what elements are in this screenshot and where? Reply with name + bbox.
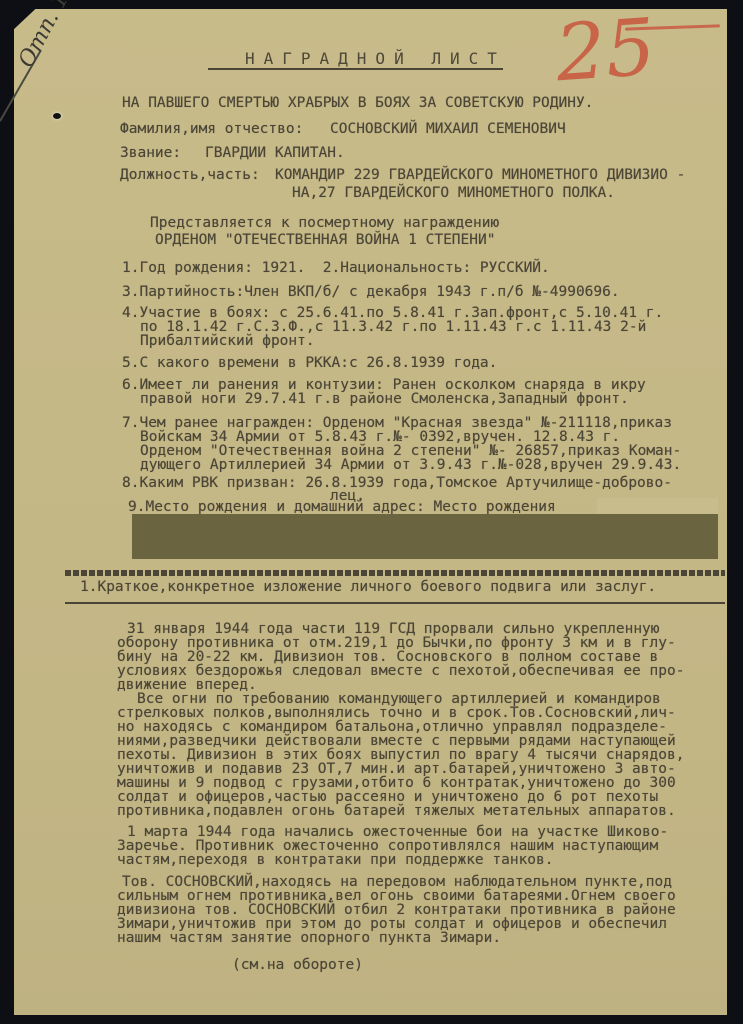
- item-5: 5.С какого времени в РККА:с 26.8.1939 го…: [122, 356, 497, 371]
- position-label: Должность,часть:: [120, 168, 260, 183]
- rank-label: Звание:: [120, 146, 181, 161]
- item-1-2: 1.Год рождения: 1921. 2.Национальность: …: [122, 261, 550, 276]
- item-8-line1: 8.Каким РВК призван: 26.8.1939 года,Томс…: [122, 476, 672, 491]
- nomination-line1: Представляется к посмертному награждению: [150, 216, 499, 231]
- punch-hole: [53, 113, 61, 119]
- red-number-stamp: 25: [553, 3, 658, 100]
- title-underline: [208, 68, 503, 70]
- body-line: частям,переходя в контратаки при поддерж…: [117, 853, 554, 868]
- position-value-line1: КОМАНДИР 229 ГВАРДЕЙСКОГО МИНОМЕТНОГО ДИ…: [275, 168, 685, 183]
- name-label: Фамилия,имя отчество:: [120, 122, 303, 137]
- section-heading: 1.Краткое,конкретное изложение личного б…: [80, 580, 656, 595]
- item-3: 3.Партийность:Член ВКП/б/ с декабря 1943…: [122, 285, 620, 300]
- item-6-line2: правой ноги 29.7.41 г.в районе Смоленска…: [140, 392, 629, 407]
- document-title: НАГРАДНОЙ ЛИСТ: [245, 49, 506, 68]
- position-value-line2: НА,27 ГВАРДЕЙСКОГО МИНОМЕТНОГО ПОЛКА.: [292, 186, 615, 201]
- item-7-line4: дующего Артиллерией 34 Армии от 3.9.43 г…: [140, 458, 681, 473]
- nomination-line2: ОРДЕНОМ "ОТЕЧЕСТВЕННАЯ ВОЙНА 1 СТЕПЕНИ": [155, 233, 495, 248]
- item-4-line3: Прибалтийский фронт.: [140, 334, 315, 349]
- body-line: противника,подавлен огонь батарей тяжелы…: [117, 804, 676, 819]
- redaction-patch: [597, 498, 718, 514]
- body-line: нашим частям занятие опорного пункта Зим…: [117, 931, 501, 946]
- see-reverse-note: (см.на обороте): [232, 958, 363, 973]
- dashed-separator: [65, 570, 725, 576]
- heading-rule: [65, 602, 725, 604]
- item-9: 9.Место рождения и домашний адрес: Место…: [128, 500, 556, 515]
- rank-value: ГВАРДИИ КАПИТАН.: [205, 146, 345, 161]
- redacted-address-block: [132, 514, 718, 559]
- name-value: СОСНОВСКИЙ МИХАИЛ СЕМЕНОВИЧ: [330, 122, 566, 137]
- subtitle: НА ПАВШЕГО СМЕРТЬЮ ХРАБРЫХ В БОЯХ ЗА СОВ…: [122, 96, 593, 111]
